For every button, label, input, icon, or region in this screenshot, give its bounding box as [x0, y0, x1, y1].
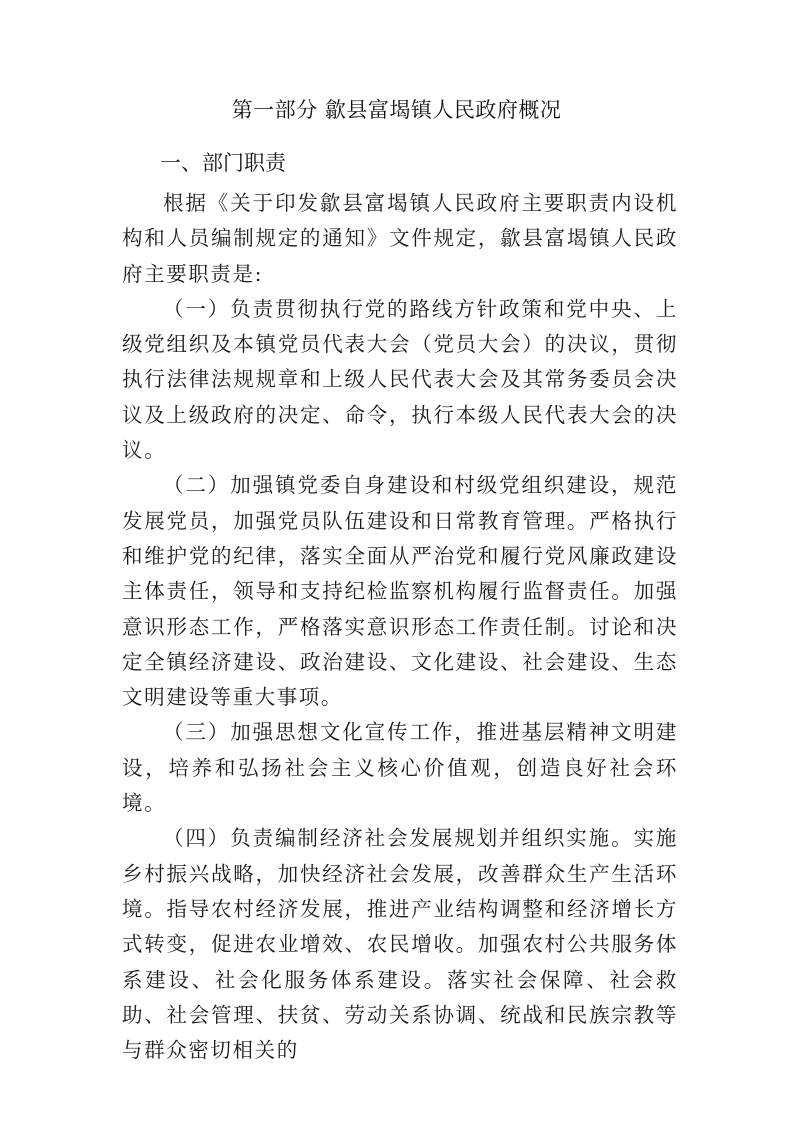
paragraph-intro: 根据《关于印发歙县富堨镇人民政府主要职责内设机构和人员编制规定的通知》文件规定，…: [122, 186, 678, 292]
paragraph-duty-2: （二）加强镇党委自身建设和村级党组织建设，规范发展党员，加强党员队伍建设和日常教…: [122, 468, 678, 715]
page-title: 第一部分 歙县富堨镇人民政府概况: [0, 94, 793, 124]
document-body: 根据《关于印发歙县富堨镇人民政府主要职责内设机构和人员编制规定的通知》文件规定，…: [122, 186, 678, 1068]
paragraph-duty-4: （四）负责编制经济社会发展规划并组织实施。实施乡村振兴战略，加快经济社会发展，改…: [122, 821, 678, 1068]
section-heading: 一、部门职责: [160, 147, 286, 177]
document-page: 第一部分 歙县富堨镇人民政府概况 一、部门职责 根据《关于印发歙县富堨镇人民政府…: [0, 0, 793, 1122]
paragraph-duty-3: （三）加强思想文化宣传工作，推进基层精神文明建设，培养和弘扬社会主义核心价值观，…: [122, 715, 678, 821]
paragraph-duty-1: （一）负责贯彻执行党的路线方针政策和党中央、上级党组织及本镇党员代表大会（党员大…: [122, 292, 678, 468]
